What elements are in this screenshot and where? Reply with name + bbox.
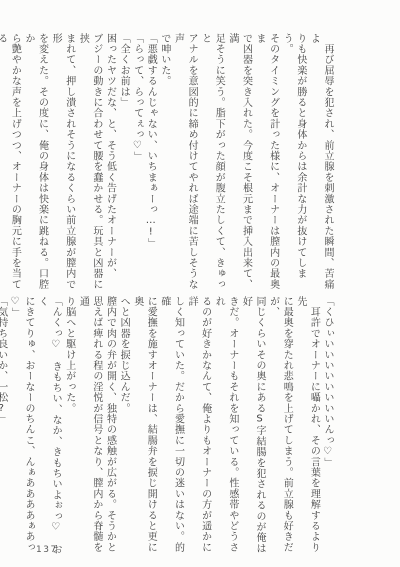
text-column: り脳へと駆け上がった。 <box>62 296 76 560</box>
text-column: 「全くお前は」 <box>117 33 131 297</box>
text-column: 「んくっ♡ きもちい、なか、きもちいよぉっ♡ おく <box>35 296 62 560</box>
text-column: ブジーの動きに合わせて腰を蠢かせる。玩具と凶器に挟 <box>76 33 103 297</box>
text-column: るのが好きかなんて、俺よりもオーナーの方が遥かに詳 <box>184 296 211 560</box>
text-column: まれて、押し潰されそうになるくらい前立腺が膣内で形 <box>49 33 76 297</box>
text-column: 膣内で肉の弁が開く、独特の感触が広がる。そうかと <box>103 296 117 560</box>
text-column: きだ。オーナーもそれを知っている。性感帯やどうされ <box>212 296 239 560</box>
text-column: へと凶器を捩じ込んだ。 <box>117 296 131 560</box>
text-column: 「気持ち良いか、一松?」 <box>0 296 8 560</box>
text-column: 同じくらいその奥にあるS字結腸を犯されるのが俺は好 <box>239 296 266 560</box>
text-column: りも快楽が勝ると身体からは余計な力が抜けてしまう。 <box>280 33 307 297</box>
text-column: を変えた。その度に、俺の身体は快楽に跳ねる。口腔か <box>21 33 48 297</box>
text-column: に最奥を穿たれ悲鳴を上げてしまう。前立腺も好きだが、 <box>266 296 293 560</box>
text-column: そのタイミングを計った様に、オーナーは膣内の最奥ま <box>252 33 279 297</box>
text-column: 「らって、らってぇっ♡」 <box>130 33 144 297</box>
text-column: 思えば痺れる程の淫悦が信号となり、膣内から脊髄を通 <box>76 296 103 560</box>
text-column: 足そうに笑う。脂下がった顔が腹立たしくて、きゅっと <box>198 33 225 297</box>
text-column: 「悪戯するんじゃない、いちまぁーっ…!」 <box>144 33 158 297</box>
page-number: 137 <box>36 545 58 555</box>
text-block-lower: 「くひぃいいいいいいいいんっ♡」 耳許でオーナーに囁かれ、その言葉を理解するより… <box>0 296 334 560</box>
book-page: 再び屈辱を犯され、前立腺を刺激された瞬間、苦痛よ りも快楽が勝ると身体からは余計… <box>0 0 400 567</box>
text-column: にきてりゅ、おーなーのちんこ、んぁああああぁあっ♡」 <box>8 296 35 560</box>
text-block-upper: 再び屈辱を犯され、前立腺を刺激された瞬間、苦痛よ りも快楽が勝ると身体からは余計… <box>0 33 334 297</box>
text-column: アナルを意図的に締め付けてやれば途端に苦しそうな声 <box>171 33 198 297</box>
text-column: 「くひぃいいいいいいいいんっ♡」 <box>320 296 334 560</box>
text-column: ら艶やかな声を上げつつ、オーナーの胸元に手を当てる <box>0 33 21 297</box>
text-column: で呻いた。 <box>157 33 171 297</box>
text-column: で凶器を突き入れた。今度こそ根元まで挿入出来て、満 <box>225 33 252 297</box>
text-column: 耳許でオーナーに囁かれ、その言葉を理解するより先 <box>293 296 320 560</box>
text-column: 困ったヤツだな、と、そう低く告げたオーナーが、 <box>103 33 117 297</box>
text-column: に愛撫を施すオーナーは、結腸弁を捩じ開けると更に奥 <box>130 296 157 560</box>
text-column: しく知っていた。だから愛撫に一切の迷いはない。的確 <box>157 296 184 560</box>
text-column: 再び屈辱を犯され、前立腺を刺激された瞬間、苦痛よ <box>307 33 334 297</box>
